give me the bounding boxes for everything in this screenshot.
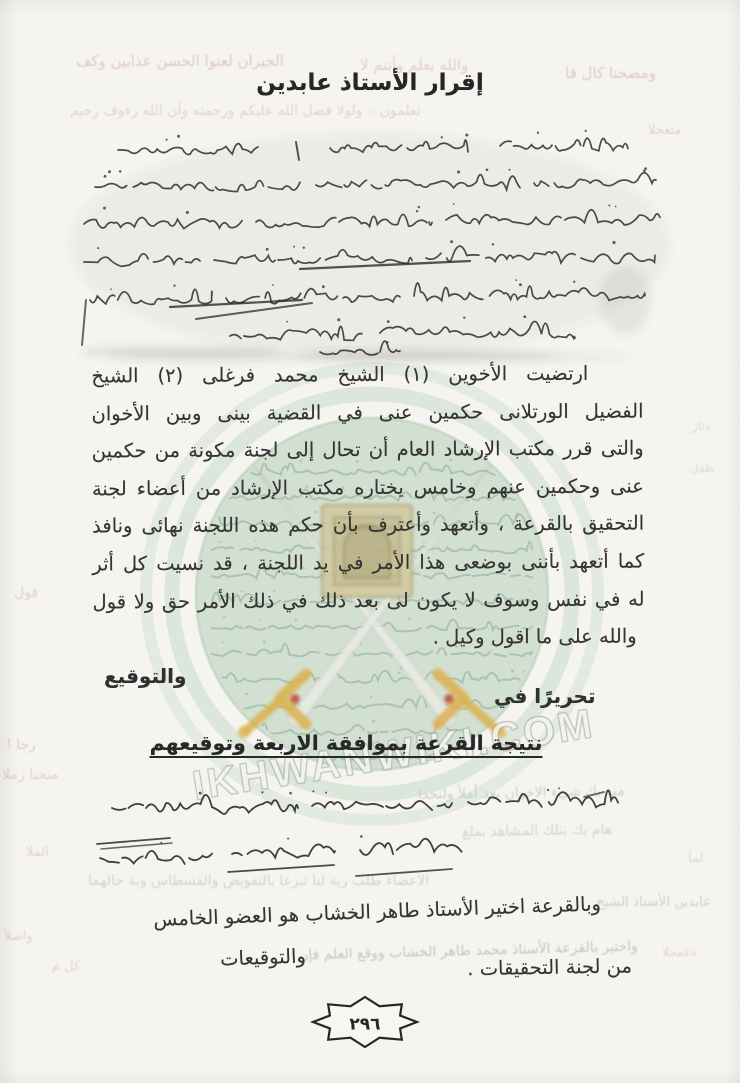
paragraph-line: والله على ما اقول وكيل .: [93, 618, 645, 658]
scanned-document-page: الجيران لعنوا الحسن عذابين وكفوالله يعلم…: [0, 0, 740, 1083]
paragraph-line: ارتضيت الأخوين (١) الشيخ محمد فرغلى (٢) …: [91, 355, 643, 395]
page-number: ٢٩٦: [349, 1015, 380, 1035]
signature-label: والتوقيع: [104, 664, 186, 688]
paragraph-line: الفضيل الورتلانى حكمين عنى في القضية بين…: [91, 392, 643, 432]
dateline-label: تحريرًا في: [494, 684, 595, 708]
paragraph-line: له في نفس وسوف لا يكون لى بعد ذلك في ذلك…: [92, 580, 644, 620]
document-content: إقرار الأستاذ عابدين ارتضيت الأخوين (١) …: [0, 0, 740, 1083]
paragraph-line: والتى قرر مكتب الإرشاد العام أن تحال إلى…: [92, 430, 644, 470]
result-line-2: من لجنة التحقيقات .: [450, 954, 632, 980]
paragraph-line: التحقيق بالقرعة ، وأتعهد وأعترف بأن حكم …: [92, 505, 644, 545]
paragraph-line: عنى وحكمين عنهم وخامس يختاره مكتب الإرشا…: [92, 467, 644, 507]
lottery-result-heading: نتيجة القرعة بموافقة الاربعة وتوقيعهم: [0, 731, 692, 755]
paragraph-line: كما أتعهد بأننى بوضعى هذا الأمر في يد ال…: [92, 543, 644, 583]
declaration-paragraph: ارتضيت الأخوين (١) الشيخ محمد فرغلى (٢) …: [91, 355, 645, 659]
page-number-badge: ٢٩٦: [300, 992, 430, 1054]
